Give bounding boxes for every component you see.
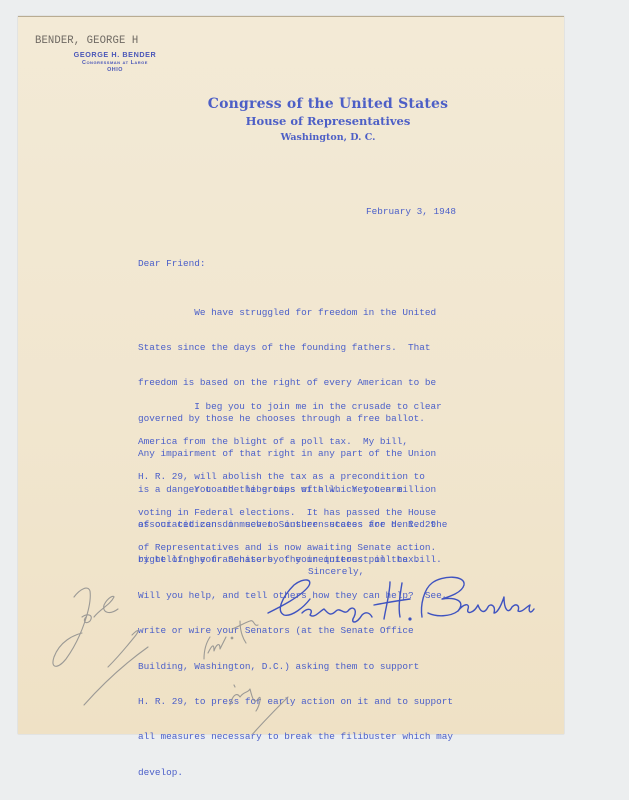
letter-paper: BENDER, GEORGE H GEORGE H. BENDER Congre… (18, 16, 564, 734)
pencil-annotations (53, 588, 288, 734)
signature-george-h-bender (268, 577, 534, 622)
handwriting-layer (18, 17, 564, 734)
text-line: develop. (138, 767, 538, 779)
